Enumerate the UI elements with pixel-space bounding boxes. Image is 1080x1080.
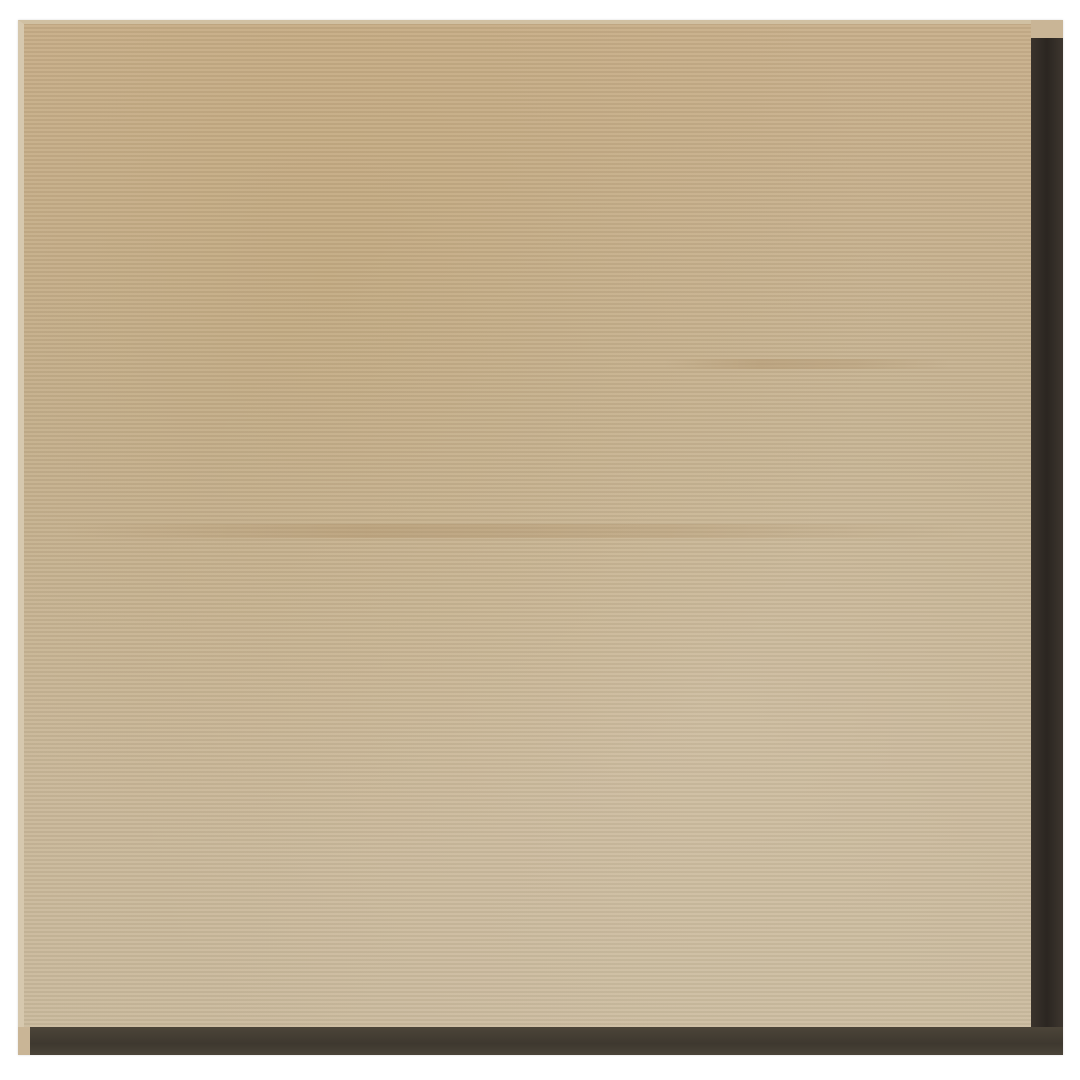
rug-border-right — [1031, 38, 1063, 1055]
rug-field — [18, 20, 1031, 1027]
rug-border-bottom — [30, 1027, 1063, 1055]
rug-sample — [18, 20, 1063, 1055]
texture-band — [664, 359, 951, 369]
texture-band — [64, 524, 971, 538]
